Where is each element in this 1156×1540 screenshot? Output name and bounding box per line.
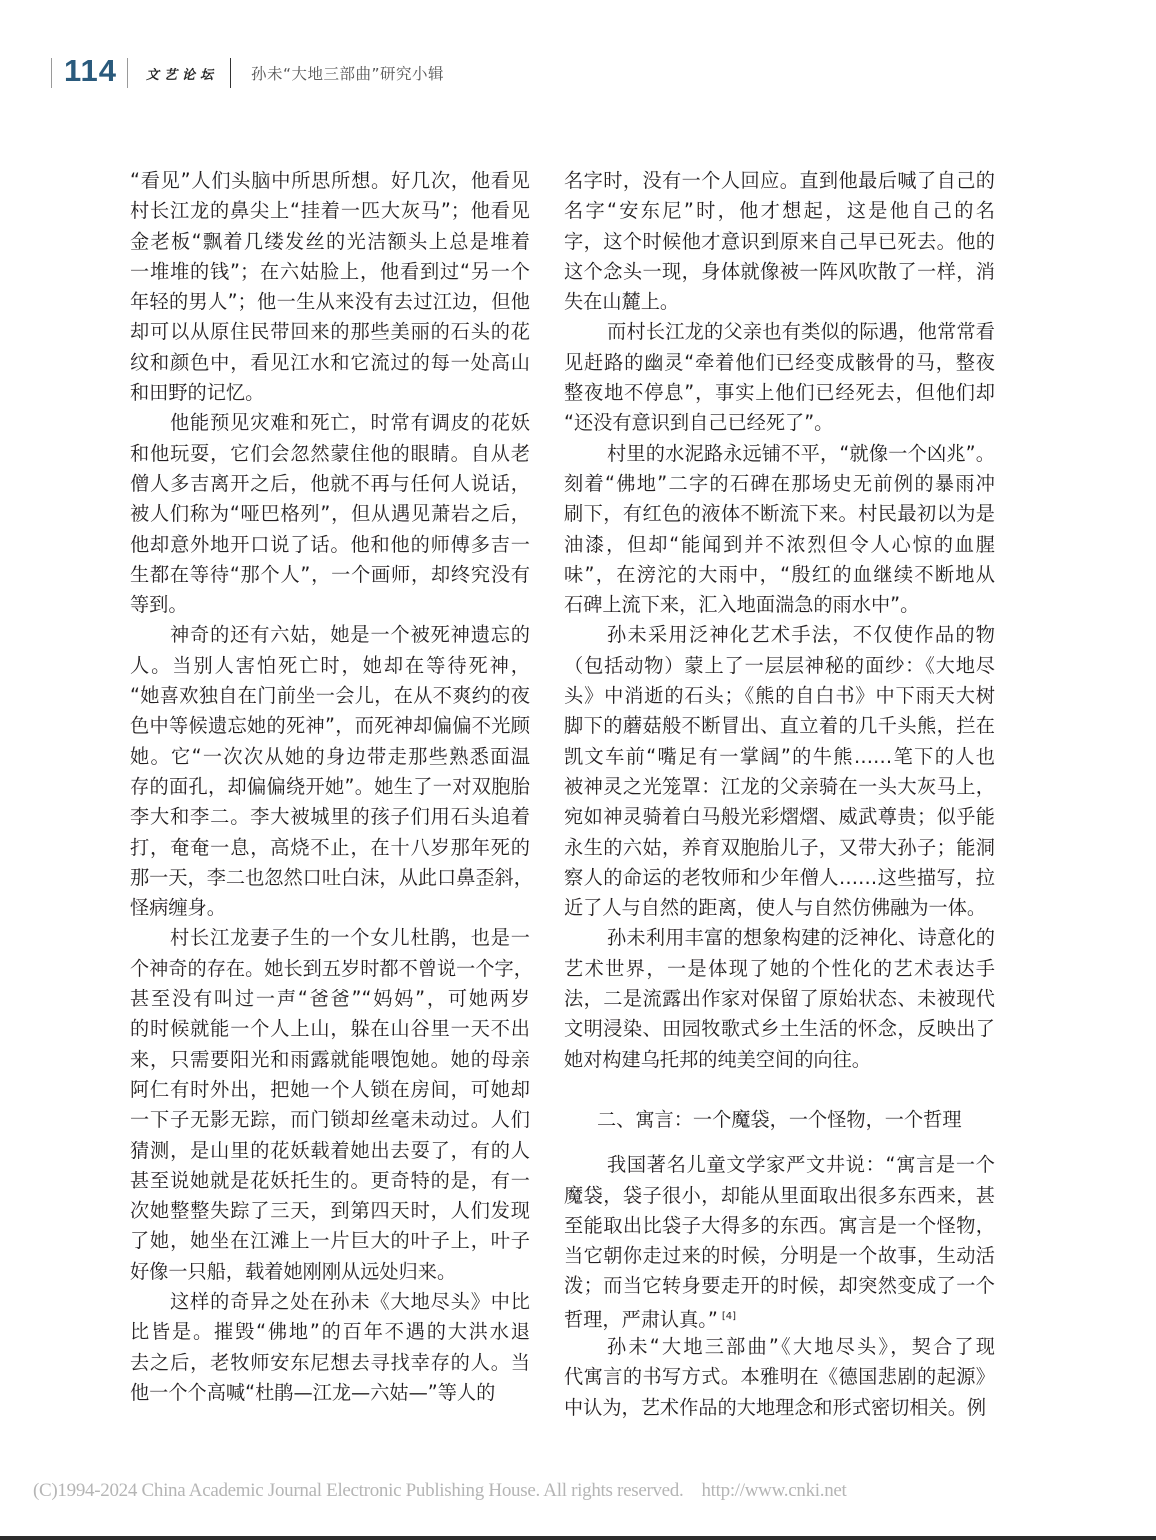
text-line: 怪病缠身。	[130, 893, 530, 923]
text-line: 凯文车前“嘴足有一掌阔”的牛熊……笔下的人也	[564, 742, 995, 772]
text-line: 年轻的男人”；他一生从来没有去过江边，但他	[130, 287, 530, 317]
text-line: 阿仁有时外出，把她一个人锁在房间，可她却	[130, 1075, 530, 1105]
text-line: 整夜地不停息”，事实上他们已经死去，但他们却	[564, 378, 995, 408]
page-number: 114	[64, 53, 117, 89]
text-line: “还没有意识到自己已经死了”。	[564, 408, 995, 438]
text-line: 甚至没有叫过一声“爸爸”“妈妈”，可她两岁	[130, 984, 530, 1014]
text-line: 和田野的记忆。	[130, 378, 530, 408]
header-divider	[230, 58, 231, 88]
text-line: 僧人多吉离开之后，他就不再与任何人说话，	[130, 469, 530, 499]
text-line: 艺术世界，一是体现了她的个性化的艺术表达手	[564, 954, 995, 984]
text-line: 猜测，是山里的花妖载着她出去耍了，有的人	[130, 1136, 530, 1166]
text-line: 色中等候遗忘她的死神”，而死神却偏偏不光顾	[130, 711, 530, 741]
text-line: 好像一只船，载着她刚刚从远处归来。	[130, 1257, 530, 1287]
text-line: 刻着“佛地”二字的石碑在那场史无前例的暴雨冲	[564, 469, 995, 499]
text-line: 李大和李二。李大被城里的孩子们用石头追着	[130, 802, 530, 832]
text-line: （包括动物）蒙上了一层层神秘的面纱：《大地尽	[564, 651, 995, 681]
text-line: 金老板“飘着几缕发丝的光洁额头上总是堆着	[130, 227, 530, 257]
text-line: 甚至说她就是花妖托生的。更奇特的是，有一	[130, 1166, 530, 1196]
text-line: 哲理，严肃认真。”[4]	[564, 1302, 995, 1332]
text-line: 等到。	[130, 590, 530, 620]
paragraph: 这样的奇异之处在孙未《大地尽头》中比比皆是。摧毁“佛地”的百年不遇的大洪水退去之…	[130, 1287, 530, 1408]
text-line: 和他玩耍，它们会忽然蒙住他的眼睛。自从老	[130, 439, 530, 469]
text-line: “她喜欢独自在门前坐一会儿，在从不爽约的夜	[130, 681, 530, 711]
journal-name-logo: 文艺论坛	[146, 64, 218, 83]
text-line: 一下子无影无踪，而门锁却丝毫未动过。人们	[130, 1105, 530, 1135]
text-line: 法，二是流露出作家对保留了原始状态、未被现代	[564, 984, 995, 1014]
text-line: 了她，她坐在江滩上一片巨大的叶子上，叶子	[130, 1226, 530, 1256]
paragraph: 村长江龙妻子生的一个女儿杜鹃，也是一个神奇的存在。她长到五岁时都不曾说一个字，甚…	[130, 923, 530, 1287]
section-heading: 二、寓言：一个魔袋，一个怪物，一个哲理	[564, 1105, 995, 1135]
text-line: 他能预见灾难和死亡，时常有调皮的花妖	[130, 408, 530, 438]
text-line: 中认为，艺术作品的大地理念和形式密切相关。例	[564, 1393, 995, 1423]
text-line: 被人们称为“哑巴格列”，但从遇见萧岩之后，	[130, 499, 530, 529]
text-line: 他一个个高喊“杜鹃—江龙—六姑—”等人的	[130, 1378, 530, 1408]
text-line: 个神奇的存在。她长到五岁时都不曾说一个字，	[130, 954, 530, 984]
right-column: 名字时，没有一个人回应。直到他最后喊了自己的名字“安东尼”时，他才想起，这是他自…	[564, 166, 995, 1423]
bottom-bar	[0, 1536, 1156, 1540]
text-line: 魔袋，袋子很小，却能从里面取出很多东西来，甚	[564, 1181, 995, 1211]
text-line: 泼；而当它转身要走开的时候，却突然变成了一个	[564, 1271, 995, 1301]
copyright-text: (C)1994-2024 China Academic Journal Elec…	[33, 1480, 683, 1501]
text-line: 当它朝你走过来的时候，分明是一个故事，生动活	[564, 1241, 995, 1271]
text-line: 失在山麓上。	[564, 287, 995, 317]
text-line: 味”，在滂沱的大雨中，“殷红的血继续不断地从	[564, 560, 995, 590]
paragraph: 村里的水泥路永远铺不平，“就像一个凶兆”。刻着“佛地”二字的石碑在那场史无前例的…	[564, 439, 995, 621]
text-line: 孙未利用丰富的想象构建的泛神化、诗意化的	[564, 923, 995, 953]
text-line: 去之后，老牧师安东尼想去寻找幸存的人。当	[130, 1348, 530, 1378]
text-line: 她对构建乌托邦的纯美空间的向往。	[564, 1045, 995, 1075]
text-line: 生都在等待“那个人”，一个画师，却终究没有	[130, 560, 530, 590]
text-line: 村长江龙的鼻尖上“挂着一匹大灰马”；他看见	[130, 196, 530, 226]
paragraph: 神奇的还有六姑，她是一个被死神遗忘的人。当别人害怕死亡时，她却在等待死神，“她喜…	[130, 620, 530, 923]
text-line: 她。它“一次次从她的身边带走那些熟悉面温	[130, 742, 530, 772]
footnote-reference[interactable]: [4]	[722, 1311, 736, 1322]
paragraph: 孙未“大地三部曲”《大地尽头》，契合了现代寓言的书写方式。本雅明在《德国悲剧的起…	[564, 1332, 995, 1423]
text-line: 这样的奇异之处在孙未《大地尽头》中比	[130, 1287, 530, 1317]
text-line: 他却意外地开口说了话。他和他的师傅多吉一	[130, 530, 530, 560]
text-line: 这个念头一现，身体就像被一阵风吹散了一样，消	[564, 257, 995, 287]
text-line: 我国著名儿童文学家严文井说：“寓言是一个	[564, 1150, 995, 1180]
text-line: 名字“安东尼”时，他才想起，这是他自己的名	[564, 196, 995, 226]
paragraph: 他能预见灾难和死亡，时常有调皮的花妖和他玩耍，它们会忽然蒙住他的眼睛。自从老僧人…	[130, 408, 530, 620]
text-line: 而村长江龙的父亲也有类似的际遇，他常常看	[564, 317, 995, 347]
copyright-footer: (C)1994-2024 China Academic Journal Elec…	[33, 1480, 847, 1502]
paragraph: 而村长江龙的父亲也有类似的际遇，他常常看见赶路的幽灵“牵着他们已经变成骸骨的马，…	[564, 317, 995, 438]
running-header: 114 文艺论坛 孙未“大地三部曲”研究小辑	[0, 50, 1156, 96]
text-line: 被神灵之光笼罩：江龙的父亲骑在一头大灰马上，	[564, 772, 995, 802]
text-line: 来，只需要阳光和雨露就能喂饱她。她的母亲	[130, 1045, 530, 1075]
text-line: 那一天，李二也忽然口吐白沫，从此口鼻歪斜，	[130, 863, 530, 893]
text-line: 察人的命运的老牧师和少年僧人……这些描写，拉	[564, 863, 995, 893]
text-line: 比皆是。摧毁“佛地”的百年不遇的大洪水退	[130, 1317, 530, 1347]
paragraph: 孙未利用丰富的想象构建的泛神化、诗意化的艺术世界，一是体现了她的个性化的艺术表达…	[564, 923, 995, 1074]
text-line: “看见”人们头脑中所思所想。好几次，他看见	[130, 166, 530, 196]
paragraph: 名字时，没有一个人回应。直到他最后喊了自己的名字“安东尼”时，他才想起，这是他自…	[564, 166, 995, 317]
text-line: 次她整整失踪了三天，到第四天时，人们发现	[130, 1196, 530, 1226]
text-line: 近了人与自然的距离，使人与自然仿佛融为一体。	[564, 893, 995, 923]
text-line: 神奇的还有六姑，她是一个被死神遗忘的	[130, 620, 530, 650]
section-title: 孙未“大地三部曲”研究小辑	[251, 62, 444, 84]
text-line: 刷下，有红色的液体不断流下来。村民最初以为是	[564, 499, 995, 529]
text-line: 存的面孔，却偏偏绕开她”。她生了一对双胞胎	[130, 772, 530, 802]
text-line: 宛如神灵骑着白马般光彩熠熠、威武尊贵；似乎能	[564, 802, 995, 832]
paragraph: 我国著名儿童文学家严文井说：“寓言是一个魔袋，袋子很小，却能从里面取出很多东西来…	[564, 1150, 995, 1332]
text-line: 文明浸染、田园牧歌式乡土生活的怀念，反映出了	[564, 1014, 995, 1044]
text-line: 脚下的蘑菇般不断冒出、直立着的几千头熊，拦在	[564, 711, 995, 741]
text-line: 纹和颜色中，看见江水和它流过的每一处高山	[130, 348, 530, 378]
header-divider	[51, 58, 52, 88]
text-line: 至能取出比袋子大得多的东西。寓言是一个怪物，	[564, 1211, 995, 1241]
text-line: 字，这个时候他才意识到原来自己早已死去。他的	[564, 227, 995, 257]
paragraph: 孙未采用泛神化艺术手法，不仅使作品的物（包括动物）蒙上了一层层神秘的面纱：《大地…	[564, 620, 995, 923]
text-line: 打，奄奄一息，高烧不止，在十八岁那年死的	[130, 833, 530, 863]
text-line: 村里的水泥路永远铺不平，“就像一个凶兆”。	[564, 439, 995, 469]
text-line: 头》中消逝的石头；《熊的自白书》中下雨天大树	[564, 681, 995, 711]
text-line: 孙未采用泛神化艺术手法，不仅使作品的物	[564, 620, 995, 650]
header-divider	[127, 58, 128, 88]
text-line: 孙未“大地三部曲”《大地尽头》，契合了现	[564, 1332, 995, 1362]
text-line: 的时候就能一个人上山，躲在山谷里一天不出	[130, 1014, 530, 1044]
text-line: 一堆堆的钱”；在六姑脸上，他看到过“另一个	[130, 257, 530, 287]
text-line: 代寓言的书写方式。本雅明在《德国悲剧的起源》	[564, 1362, 995, 1392]
paragraph: “看见”人们头脑中所思所想。好几次，他看见村长江龙的鼻尖上“挂着一匹大灰马”；他…	[130, 166, 530, 408]
text-line: 村长江龙妻子生的一个女儿杜鹃，也是一	[130, 923, 530, 953]
cnki-url: http://www.cnki.net	[701, 1480, 846, 1501]
text-line: 油漆，但却“能闻到并不浓烈但令人心惊的血腥	[564, 530, 995, 560]
left-column: “看见”人们头脑中所思所想。好几次，他看见村长江龙的鼻尖上“挂着一匹大灰马”；他…	[130, 166, 530, 1408]
text-line: 人。当别人害怕死亡时，她却在等待死神，	[130, 651, 530, 681]
text-line: 见赶路的幽灵“牵着他们已经变成骸骨的马，整夜	[564, 348, 995, 378]
text-line: 永生的六姑，养育双胞胎儿子，又带大孙子；能洞	[564, 833, 995, 863]
text-line: 却可以从原住民带回来的那些美丽的石头的花	[130, 317, 530, 347]
text-line: 名字时，没有一个人回应。直到他最后喊了自己的	[564, 166, 995, 196]
text-line: 石碑上流下来，汇入地面湍急的雨水中”。	[564, 590, 995, 620]
